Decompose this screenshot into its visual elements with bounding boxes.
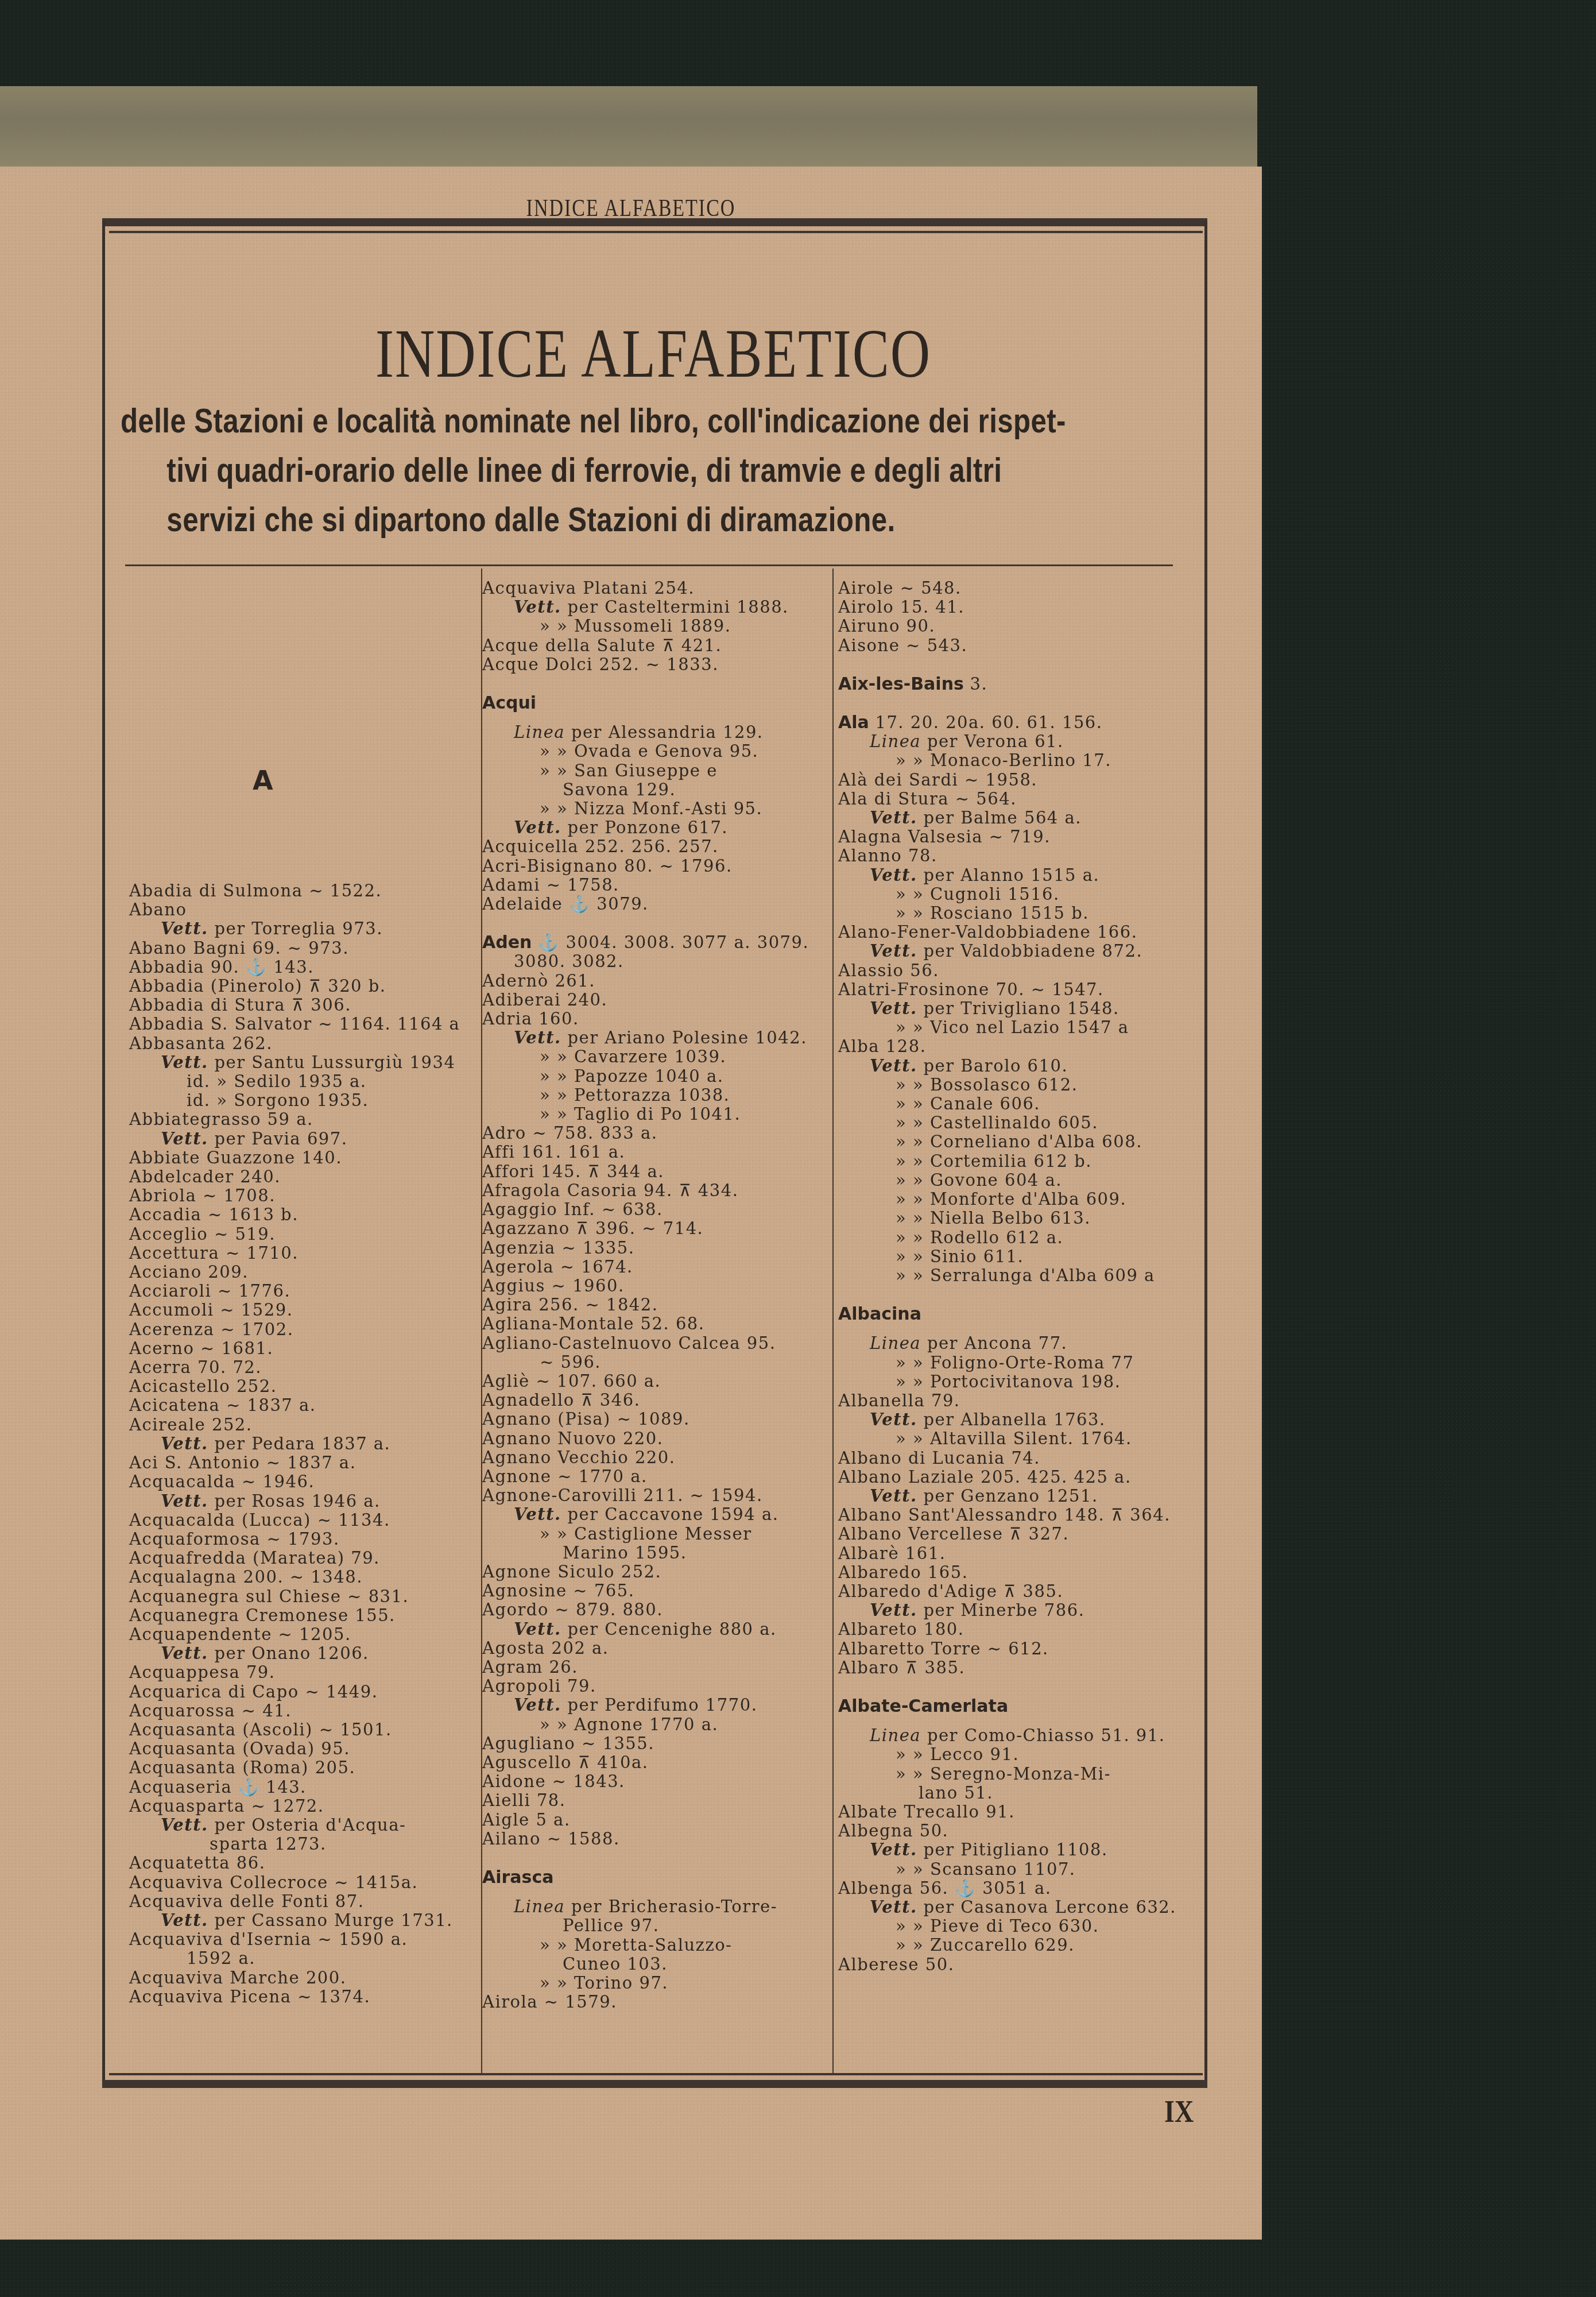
index-entry: Albate Trecallo 91. (838, 1803, 1176, 1822)
index-entry: Agliano-Castelnuovo Calcea 95. (482, 1334, 809, 1353)
index-entry: » » Foligno-Orte-Roma 77 (838, 1354, 1176, 1372)
index-entry: Albano Sant'Alessandro 148. ⊼ 364. (838, 1506, 1176, 1525)
index-entry: » » Vico nel Lazio 1547 a (838, 1018, 1176, 1037)
index-entry: Vett. per Torreglia 973. (129, 919, 460, 938)
index-entry: Agnano Nuovo 220. (482, 1429, 809, 1448)
index-entry: Albarè 161. (838, 1544, 1176, 1563)
index-entry: Acicatena ~ 1837 a. (129, 1396, 460, 1415)
index-entry: Acri-Bisignano 80. ~ 1796. (482, 857, 809, 876)
index-entry: Aden ⚓ 3004. 3008. 3077 a. 3079. (482, 933, 809, 952)
page-subtitle: delle Stazioni e località nominate nel l… (121, 396, 996, 544)
index-entry: Acquarossa ~ 41. (129, 1702, 460, 1720)
index-entry: Ailano ~ 1588. (482, 1830, 809, 1849)
index-entry: » » Pieve di Teco 630. (838, 1917, 1176, 1936)
index-entry: Linea per Verona 61. (838, 732, 1176, 751)
index-entry: » » Corneliano d'Alba 608. (838, 1132, 1176, 1151)
index-entry: Vett. per Balme 564 a. (838, 809, 1176, 827)
index-entry: Albanella 79. (838, 1391, 1176, 1410)
index-entry: Acquaseria ⚓ 143. (129, 1778, 460, 1797)
index-entry: Pellice 97. (482, 1916, 809, 1935)
index-entry: Agira 256. ~ 1842. (482, 1296, 809, 1314)
index-entry: Aigle 5 a. (482, 1811, 809, 1830)
index-entry: Vett. per Onano 1206. (129, 1644, 460, 1663)
index-entry: Albano di Lucania 74. (838, 1449, 1176, 1468)
index-entry: Acquanegra Cremonese 155. (129, 1606, 460, 1625)
index-entry: Marino 1595. (482, 1544, 809, 1563)
frame-bottom-rule-thin (109, 2073, 1203, 2075)
index-entry: Acquacalda (Lucca) ~ 1134. (129, 1511, 460, 1530)
index-entry: » » Rodello 612 a. (838, 1228, 1176, 1247)
index-entry: Affori 145. ⊼ 344 a. (482, 1162, 809, 1181)
index-entry: Airuno 90. (838, 617, 1176, 636)
index-entry: Affi 161. 161 a. (482, 1143, 809, 1162)
index-entry: Acicastello 252. (129, 1377, 460, 1396)
index-column-2: Acquaviva Platani 254.Vett. per Castelte… (482, 579, 809, 2012)
index-entry: » » Taglio di Po 1041. (482, 1105, 809, 1124)
index-entry: Acquafredda (Maratea) 79. (129, 1549, 460, 1568)
index-entry: Agnano (Pisa) ~ 1089. (482, 1410, 809, 1429)
index-entry: Acquasparta ~ 1272. (129, 1797, 460, 1816)
frame-bottom-rule (102, 2080, 1207, 2088)
index-entry: » » Mussomeli 1889. (482, 617, 809, 636)
index-entry: Airolo 15. 41. (838, 598, 1176, 617)
index-entry: Agerola ~ 1674. (482, 1258, 809, 1277)
index-entry: sparta 1273. (129, 1835, 460, 1854)
index-entry: Adria 160. (482, 1010, 809, 1028)
index-entry: Accumoli ~ 1529. (129, 1301, 460, 1320)
index-entry: » » Portocivitanova 198. (838, 1372, 1176, 1391)
page-title: INDICE ALFABETICO (102, 314, 1204, 393)
index-entry: Acciano 209. (129, 1263, 460, 1282)
index-entry: » » Seregno-Monza-Mi- (838, 1765, 1176, 1784)
index-entry: Agosta 202 a. (482, 1639, 809, 1658)
index-entry: Acquanegra sul Chiese ~ 831. (129, 1587, 460, 1606)
index-entry: Alassio 56. (838, 961, 1176, 980)
index-entry: Abano Bagni 69. ~ 973. (129, 939, 460, 958)
index-entry: » » Govone 604 a. (838, 1171, 1176, 1190)
index-entry: 1592 a. (129, 1949, 460, 1968)
index-entry: » » Cavarzere 1039. (482, 1047, 809, 1066)
index-entry: Vett. per Cassano Murge 1731. (129, 1911, 460, 1930)
index-heading: Albate-Camerlata (838, 1697, 1176, 1716)
index-entry: » » Canale 606. (838, 1095, 1176, 1113)
index-entry: » » Pettorazza 1038. (482, 1086, 809, 1105)
index-entry: Accadia ~ 1613 b. (129, 1205, 460, 1224)
index-entry: Linea per Bricherasio-Torre- (482, 1897, 809, 1916)
index-entry: Agram 26. (482, 1658, 809, 1677)
index-entry: Adiberai 240. (482, 991, 809, 1010)
index-entry: » » Torino 97. (482, 1974, 809, 1993)
index-entry: Abbadia S. Salvator ~ 1164. 1164 a (129, 1015, 460, 1034)
index-entry: » » Cugnoli 1516. (838, 885, 1176, 904)
index-entry: Aguscello ⊼ 410a. (482, 1753, 809, 1772)
section-letter: A (253, 765, 273, 796)
index-entry: Acceglio ~ 519. (129, 1225, 460, 1244)
index-entry: Linea per Ancona 77. (838, 1334, 1176, 1353)
index-entry: Adro ~ 758. 833 a. (482, 1124, 809, 1143)
index-entry: Alano-Fener-Valdobbiadene 166. (838, 923, 1176, 942)
index-entry: Vett. per Barolo 610. (838, 1057, 1176, 1076)
index-entry: Vett. per Casanova Lercone 632. (838, 1898, 1176, 1917)
index-entry: Acquaviva delle Fonti 87. (129, 1892, 460, 1911)
index-entry: Agnone Siculo 252. (482, 1563, 809, 1581)
index-entry: Linea per Alessandria 129. (482, 723, 809, 742)
index-entry: Adelaide ⚓ 3079. (482, 895, 809, 914)
index-entry: Acque della Salute ⊼ 421. (482, 636, 809, 655)
index-entry: Alanno 78. (838, 846, 1176, 865)
index-entry: Cuneo 103. (482, 1955, 809, 1974)
index-entry: Airola ~ 1579. (482, 1993, 809, 2012)
index-entry: 3080. 3082. (482, 952, 809, 971)
index-entry: Vett. per Pavia 697. (129, 1130, 460, 1148)
index-entry: Accettura ~ 1710. (129, 1244, 460, 1263)
index-entry: lano 51. (838, 1784, 1176, 1803)
index-entry: Alba 128. (838, 1037, 1176, 1056)
index-entry: Agnone-Carovilli 211. ~ 1594. (482, 1486, 809, 1505)
index-entry: Acqualagna 200. ~ 1348. (129, 1568, 460, 1587)
index-entry: Vett. per Pitigliano 1108. (838, 1840, 1176, 1859)
index-entry: Acque Dolci 252. ~ 1833. (482, 655, 809, 674)
index-entry: Agnano Vecchio 220. (482, 1448, 809, 1467)
index-entry: Acquapendente ~ 1205. (129, 1625, 460, 1644)
index-entry: Vett. per Ponzone 617. (482, 818, 809, 837)
index-entry: id. » Sorgono 1935. (129, 1091, 460, 1110)
index-entry: Aidone ~ 1843. (482, 1772, 809, 1791)
index-entry: Alà dei Sardi ~ 1958. (838, 771, 1176, 790)
book-page-stack-edge (0, 86, 1257, 172)
index-entry: » » San Giuseppe e (482, 761, 809, 780)
index-entry: » » Moretta-Saluzzo- (482, 1936, 809, 1955)
index-entry: » » Papozze 1040 a. (482, 1067, 809, 1086)
index-entry: » » Sinio 611. (838, 1247, 1176, 1266)
index-entry: Albenga 56. ⚓ 3051 a. (838, 1879, 1176, 1898)
index-entry: Agliè ~ 107. 660 a. (482, 1372, 809, 1391)
index-entry: Vett. per Casteltermini 1888. (482, 598, 809, 617)
index-entry: Abadia di Sulmona ~ 1522. (129, 881, 460, 900)
index-heading: Airasca (482, 1868, 809, 1887)
index-entry: Adami ~ 1758. (482, 876, 809, 895)
index-entry: Acquasanta (Ovada) 95. (129, 1739, 460, 1758)
index-entry: » » Monaco-Berlino 17. (838, 751, 1176, 770)
index-entry: Albareto 180. (838, 1620, 1176, 1639)
index-entry: Vett. per Santu Lussurgiù 1934 (129, 1053, 460, 1072)
index-entry: » » Agnone 1770 a. (482, 1715, 809, 1734)
index-entry: Acquacalda ~ 1946. (129, 1472, 460, 1491)
index-entry: Acquaviva Collecroce ~ 1415a. (129, 1873, 460, 1892)
index-entry: Acquaformosa ~ 1793. (129, 1530, 460, 1549)
index-entry: Vett. per Minerbe 786. (838, 1601, 1176, 1620)
index-entry: Vett. per Pedara 1837 a. (129, 1434, 460, 1453)
index-entry: Acquatetta 86. (129, 1854, 460, 1873)
index-entry: Acquicella 252. 256. 257. (482, 837, 809, 856)
index-entry: Alagna Valsesia ~ 719. (838, 827, 1176, 846)
index-entry: » » Altavilla Silent. 1764. (838, 1429, 1176, 1448)
index-entry: Abbasanta 262. (129, 1034, 460, 1053)
index-entry: Abano (129, 900, 460, 919)
index-entry: » » Rosciano 1515 b. (838, 904, 1176, 923)
index-entry: Acireale 252. (129, 1416, 460, 1434)
index-entry: Acquasanta (Ascoli) ~ 1501. (129, 1720, 460, 1739)
index-entry: Vett. per Osteria d'Acqua- (129, 1816, 460, 1835)
index-entry: Albaretto Torre ~ 612. (838, 1639, 1176, 1658)
index-entry: Acquaviva d'Isernia ~ 1590 a. (129, 1930, 460, 1949)
index-entry: Agazzano ⊼ 396. ~ 714. (482, 1219, 809, 1238)
index-entry: Albano Vercellese ⊼ 327. (838, 1525, 1176, 1544)
index-entry: Agropoli 79. (482, 1677, 809, 1696)
index-entry: Acquarica di Capo ~ 1449. (129, 1683, 460, 1702)
index-entry: Afragola Casoria 94. ⊼ 434. (482, 1181, 809, 1200)
index-entry: » » Bossolasco 612. (838, 1076, 1176, 1095)
index-entry: Acerno ~ 1681. (129, 1339, 460, 1358)
index-heading: Acqui (482, 694, 809, 713)
index-entry: Agnosine ~ 765. (482, 1581, 809, 1600)
index-entry: Aisone ~ 543. (838, 636, 1176, 655)
index-entry: Abbadia (Pinerolo) ⊼ 320 b. (129, 977, 460, 996)
index-entry: Agenzia ~ 1335. (482, 1239, 809, 1258)
index-entry: Agnadello ⊼ 346. (482, 1391, 809, 1410)
index-entry: Vett. per Perdifumo 1770. (482, 1696, 809, 1715)
index-entry: Agugliano ~ 1355. (482, 1734, 809, 1753)
index-entry: Ala 17. 20. 20a. 60. 61. 156. (838, 713, 1176, 732)
index-entry: Acquasanta (Roma) 205. (129, 1758, 460, 1777)
index-entry: Acquaviva Picena ~ 1374. (129, 1987, 460, 2006)
index-entry: Vett. per Caccavone 1594 a. (482, 1505, 809, 1524)
index-entry: » » Castellinaldo 605. (838, 1113, 1176, 1132)
index-entry: Agnone ~ 1770 a. (482, 1467, 809, 1486)
index-heading: Albacina (838, 1305, 1176, 1324)
index-entry: Acquappesa 79. (129, 1663, 460, 1682)
index-entry: Albaredo d'Adige ⊼ 385. (838, 1582, 1176, 1601)
header-rule (125, 564, 1173, 566)
index-entry: Vett. per Valdobbiadene 872. (838, 942, 1176, 961)
index-entry: Agaggio Inf. ~ 638. (482, 1200, 809, 1219)
index-entry: Vett. per Genzano 1251. (838, 1487, 1176, 1506)
index-entry: » » Castiglione Messer (482, 1525, 809, 1544)
page-number: IX (1164, 2093, 1194, 2130)
index-entry: ~ 596. (482, 1353, 809, 1372)
index-entry: Aielli 78. (482, 1791, 809, 1810)
index-entry: Vett. per Ariano Polesine 1042. (482, 1028, 809, 1047)
index-entry: » » Lecco 91. (838, 1745, 1176, 1764)
index-entry: Acerenza ~ 1702. (129, 1320, 460, 1339)
index-entry: Aci S. Antonio ~ 1837 a. (129, 1453, 460, 1472)
book-page: INDICE ALFABETICO INDICE ALFABETICO dell… (0, 167, 1262, 2240)
subtitle-line-2: tivi quadri-orario delle linee di ferrov… (121, 446, 1184, 495)
column-divider-2 (832, 569, 834, 2073)
index-entry: Albano Laziale 205. 425. 425 a. (838, 1468, 1176, 1487)
index-entry: » » Ovada e Genova 95. (482, 742, 809, 761)
index-entry: » » Niella Belbo 613. (838, 1209, 1176, 1228)
index-entry: Linea per Como-Chiasso 51. 91. (838, 1726, 1176, 1745)
index-entry: Aix-les-Bains 3. (838, 675, 1176, 694)
index-entry: Abriola ~ 1708. (129, 1186, 460, 1205)
index-entry: Adernò 261. (482, 972, 809, 991)
index-entry: Ala di Stura ~ 564. (838, 790, 1176, 809)
index-entry: Acciaroli ~ 1776. (129, 1282, 460, 1301)
index-entry: Savona 129. (482, 780, 809, 799)
index-entry: Acerra 70. 72. (129, 1358, 460, 1377)
index-entry: Aggius ~ 1960. (482, 1277, 809, 1296)
index-entry: Vett. per Trivigliano 1548. (838, 999, 1176, 1018)
index-entry: Agliana-Montale 52. 68. (482, 1314, 809, 1333)
index-entry: Vett. per Albanella 1763. (838, 1410, 1176, 1429)
index-entry: Alberese 50. (838, 1955, 1176, 1974)
index-entry: Vett. per Alanno 1515 a. (838, 866, 1176, 885)
index-column-3: Airole ~ 548.Airolo 15. 41.Airuno 90.Ais… (838, 579, 1176, 1974)
index-entry: » » Nizza Monf.-Asti 95. (482, 799, 809, 818)
index-entry: » » Serralunga d'Alba 609 a (838, 1266, 1176, 1285)
index-entry: Vett. per Cencenighe 880 a. (482, 1620, 809, 1639)
index-entry: Abdelcader 240. (129, 1167, 460, 1186)
index-entry: » » Scansano 1107. (838, 1860, 1176, 1879)
index-entry: Vett. per Rosas 1946 a. (129, 1492, 460, 1511)
index-entry: Abbiate Guazzone 140. (129, 1148, 460, 1167)
index-entry: Albaro ⊼ 385. (838, 1658, 1176, 1677)
index-entry: » » Zuccarello 629. (838, 1936, 1176, 1955)
subtitle-line-1: delle Stazioni e località nominate nel l… (121, 396, 1184, 446)
index-entry: Abbadia di Stura ⊼ 306. (129, 996, 460, 1015)
index-entry: Acquaviva Platani 254. (482, 579, 809, 598)
index-entry: Abbiategrasso 59 a. (129, 1110, 460, 1129)
index-entry: Acquaviva Marche 200. (129, 1969, 460, 1987)
index-entry: id. » Sedilo 1935 a. (129, 1072, 460, 1091)
index-entry: » » Cortemilia 612 b. (838, 1152, 1176, 1171)
index-entry: Albegna 50. (838, 1822, 1176, 1840)
index-entry: Abbadia 90. ⚓ 143. (129, 958, 460, 977)
index-entry: Airole ~ 548. (838, 579, 1176, 598)
index-entry: » » Monforte d'Alba 609. (838, 1190, 1176, 1209)
index-entry: Albaredo 165. (838, 1563, 1176, 1582)
index-column-1: Abadia di Sulmona ~ 1522.AbanoVett. per … (129, 881, 460, 2006)
index-entry: Alatri-Frosinone 70. ~ 1547. (838, 980, 1176, 999)
index-entry: Agordo ~ 879. 880. (482, 1600, 809, 1619)
subtitle-line-3: servizi che si dipartono dalle Stazioni … (121, 495, 1184, 544)
